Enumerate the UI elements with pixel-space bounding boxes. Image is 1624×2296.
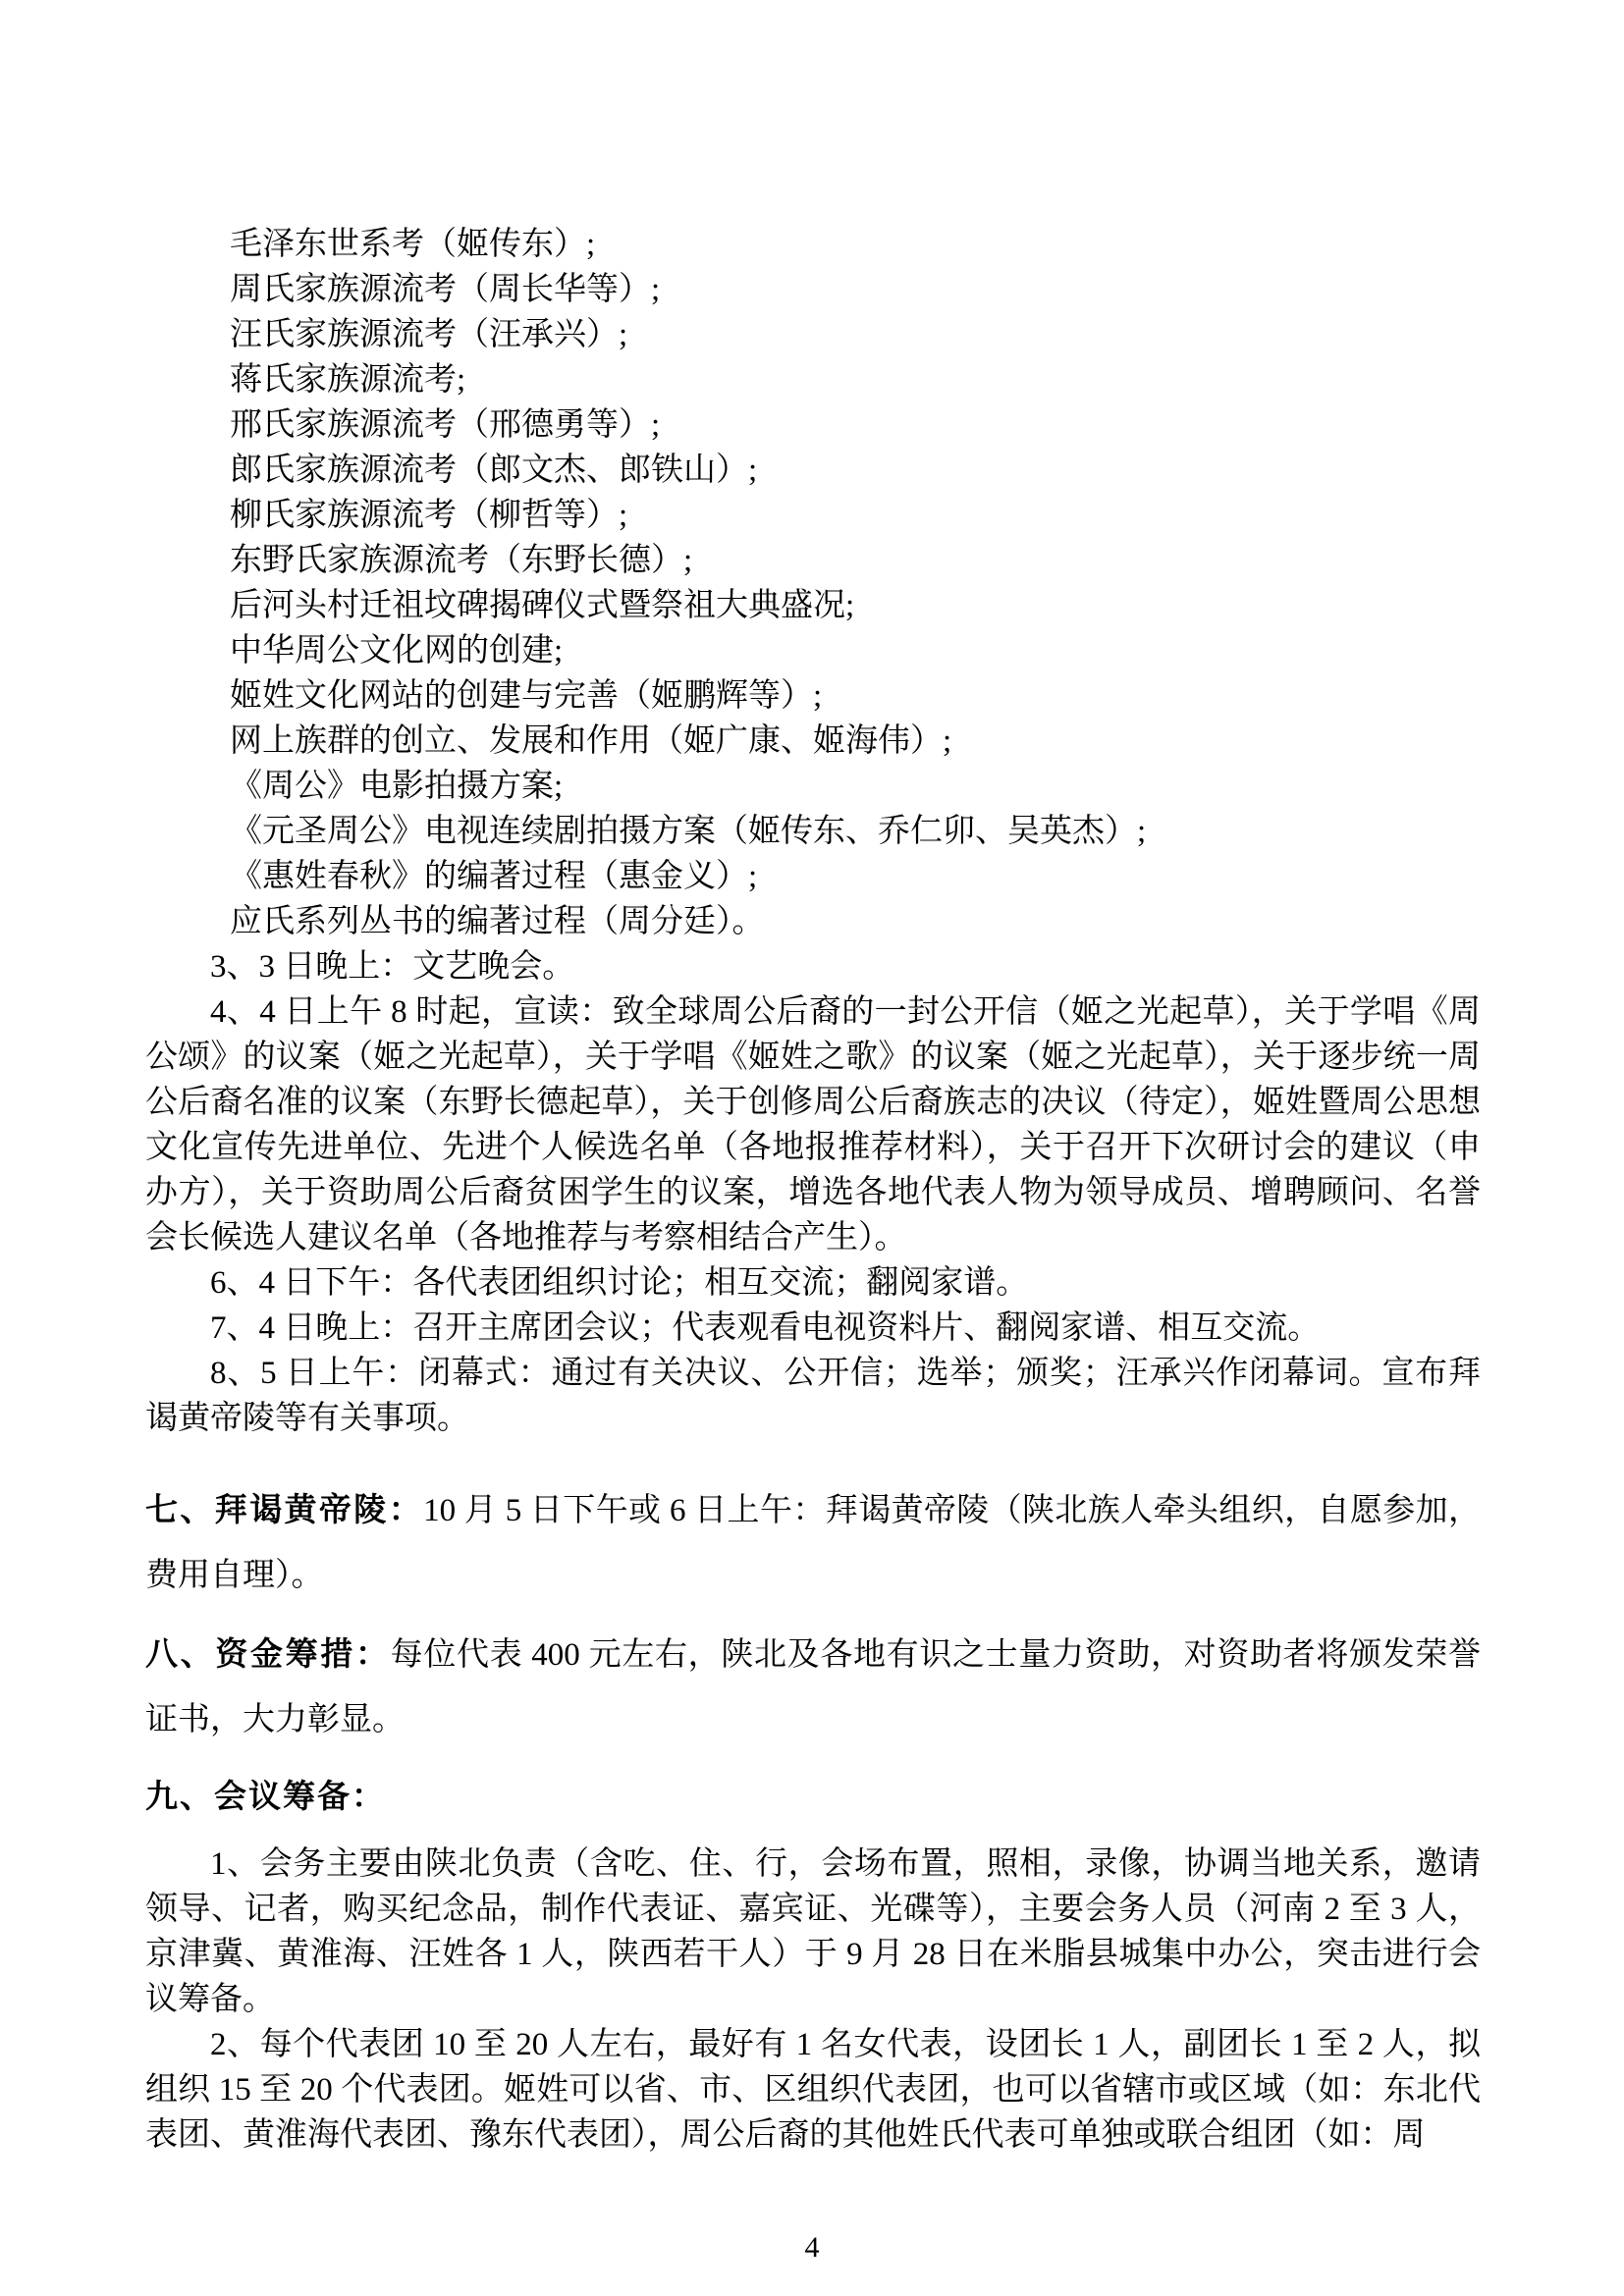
list-item: 应氏系列丛书的编著过程（周分廷）。: [230, 899, 1481, 944]
preparation-item-2: 2、每个代表团 10 至 20 人左右，最好有 1 名女代表，设团长 1 人，副…: [145, 2022, 1481, 2158]
list-item: 后河头村迁祖坟碑揭碑仪式暨祭祖大典盛况;: [230, 583, 1481, 628]
section-8-heading: 八、资金筹措：: [145, 1637, 391, 1673]
list-item: 毛泽东世系考（姬传东）;: [230, 222, 1481, 267]
section-9-heading: 九、会议筹备：: [145, 1780, 386, 1815]
agenda-item-4: 4、4 日上午 8 时起，宣读：致全球周公后裔的一封公开信（姬之光起草），关于学…: [145, 989, 1481, 1260]
list-item: 周氏家族源流考（周长华等）;: [230, 267, 1481, 312]
list-item: 中华周公文化网的创建;: [230, 628, 1481, 673]
preparation-item-1: 1、会务主要由陕北负责（含吃、住、行，会场布置，照相，录像，协调当地关系，邀请领…: [145, 1842, 1481, 2022]
section-meeting-preparation: 九、会议筹备：: [145, 1765, 1481, 1830]
agenda-item-7: 7、4 日晚上：召开主席团会议；代表观看电视资料片、翻阅家谱、相互交流。: [145, 1306, 1481, 1351]
list-item: 网上族群的创立、发展和作用（姬广康、姬海伟）;: [230, 719, 1481, 764]
list-item: 姬姓文化网站的创建与完善（姬鹏辉等）;: [230, 673, 1481, 719]
section-visit-huangdi-mausoleum: 七、拜谒黄帝陵：10 月 5 日下午或 6 日上午：拜谒黄帝陵（陕北族人牵头组织…: [145, 1478, 1481, 1608]
list-item: 郎氏家族源流考（郎文杰、郎铁山）;: [230, 448, 1481, 493]
agenda-item-3: 3、3 日晚上：文艺晚会。: [145, 944, 1481, 989]
list-item: 柳氏家族源流考（柳哲等）;: [230, 493, 1481, 538]
agenda-item-6: 6、4 日下午：各代表团组织讨论；相互交流；翻阅家谱。: [145, 1260, 1481, 1306]
list-item: 邢氏家族源流考（邢德勇等）;: [230, 402, 1481, 448]
list-item: 汪氏家族源流考（汪承兴）;: [230, 312, 1481, 357]
list-item: 东野氏家族源流考（东野长德）;: [230, 538, 1481, 583]
section-fund-raising: 八、资金筹措：每位代表 400 元左右，陕北及各地有识之士量力资助，对资助者将颁…: [145, 1623, 1481, 1752]
list-item: 《元圣周公》电视连续剧拍摄方案（姬传东、乔仁卯、吴英杰）;: [230, 809, 1481, 854]
page-number: 4: [0, 2231, 1624, 2265]
agenda-item-8: 8、5 日上午：闭幕式：通过有关决议、公开信；选举；颁奖；汪承兴作闭幕词。宣布拜…: [145, 1351, 1481, 1441]
document-page: 毛泽东世系考（姬传东）; 周氏家族源流考（周长华等）; 汪氏家族源流考（汪承兴）…: [0, 0, 1624, 2296]
list-item: 《惠姓春秋》的编著过程（惠金义）;: [230, 854, 1481, 899]
report-title-list: 毛泽东世系考（姬传东）; 周氏家族源流考（周长华等）; 汪氏家族源流考（汪承兴）…: [230, 222, 1481, 944]
list-item: 《周公》电影拍摄方案;: [230, 764, 1481, 809]
list-item: 蒋氏家族源流考;: [230, 357, 1481, 402]
section-7-heading: 七、拜谒黄帝陵：: [145, 1493, 423, 1528]
